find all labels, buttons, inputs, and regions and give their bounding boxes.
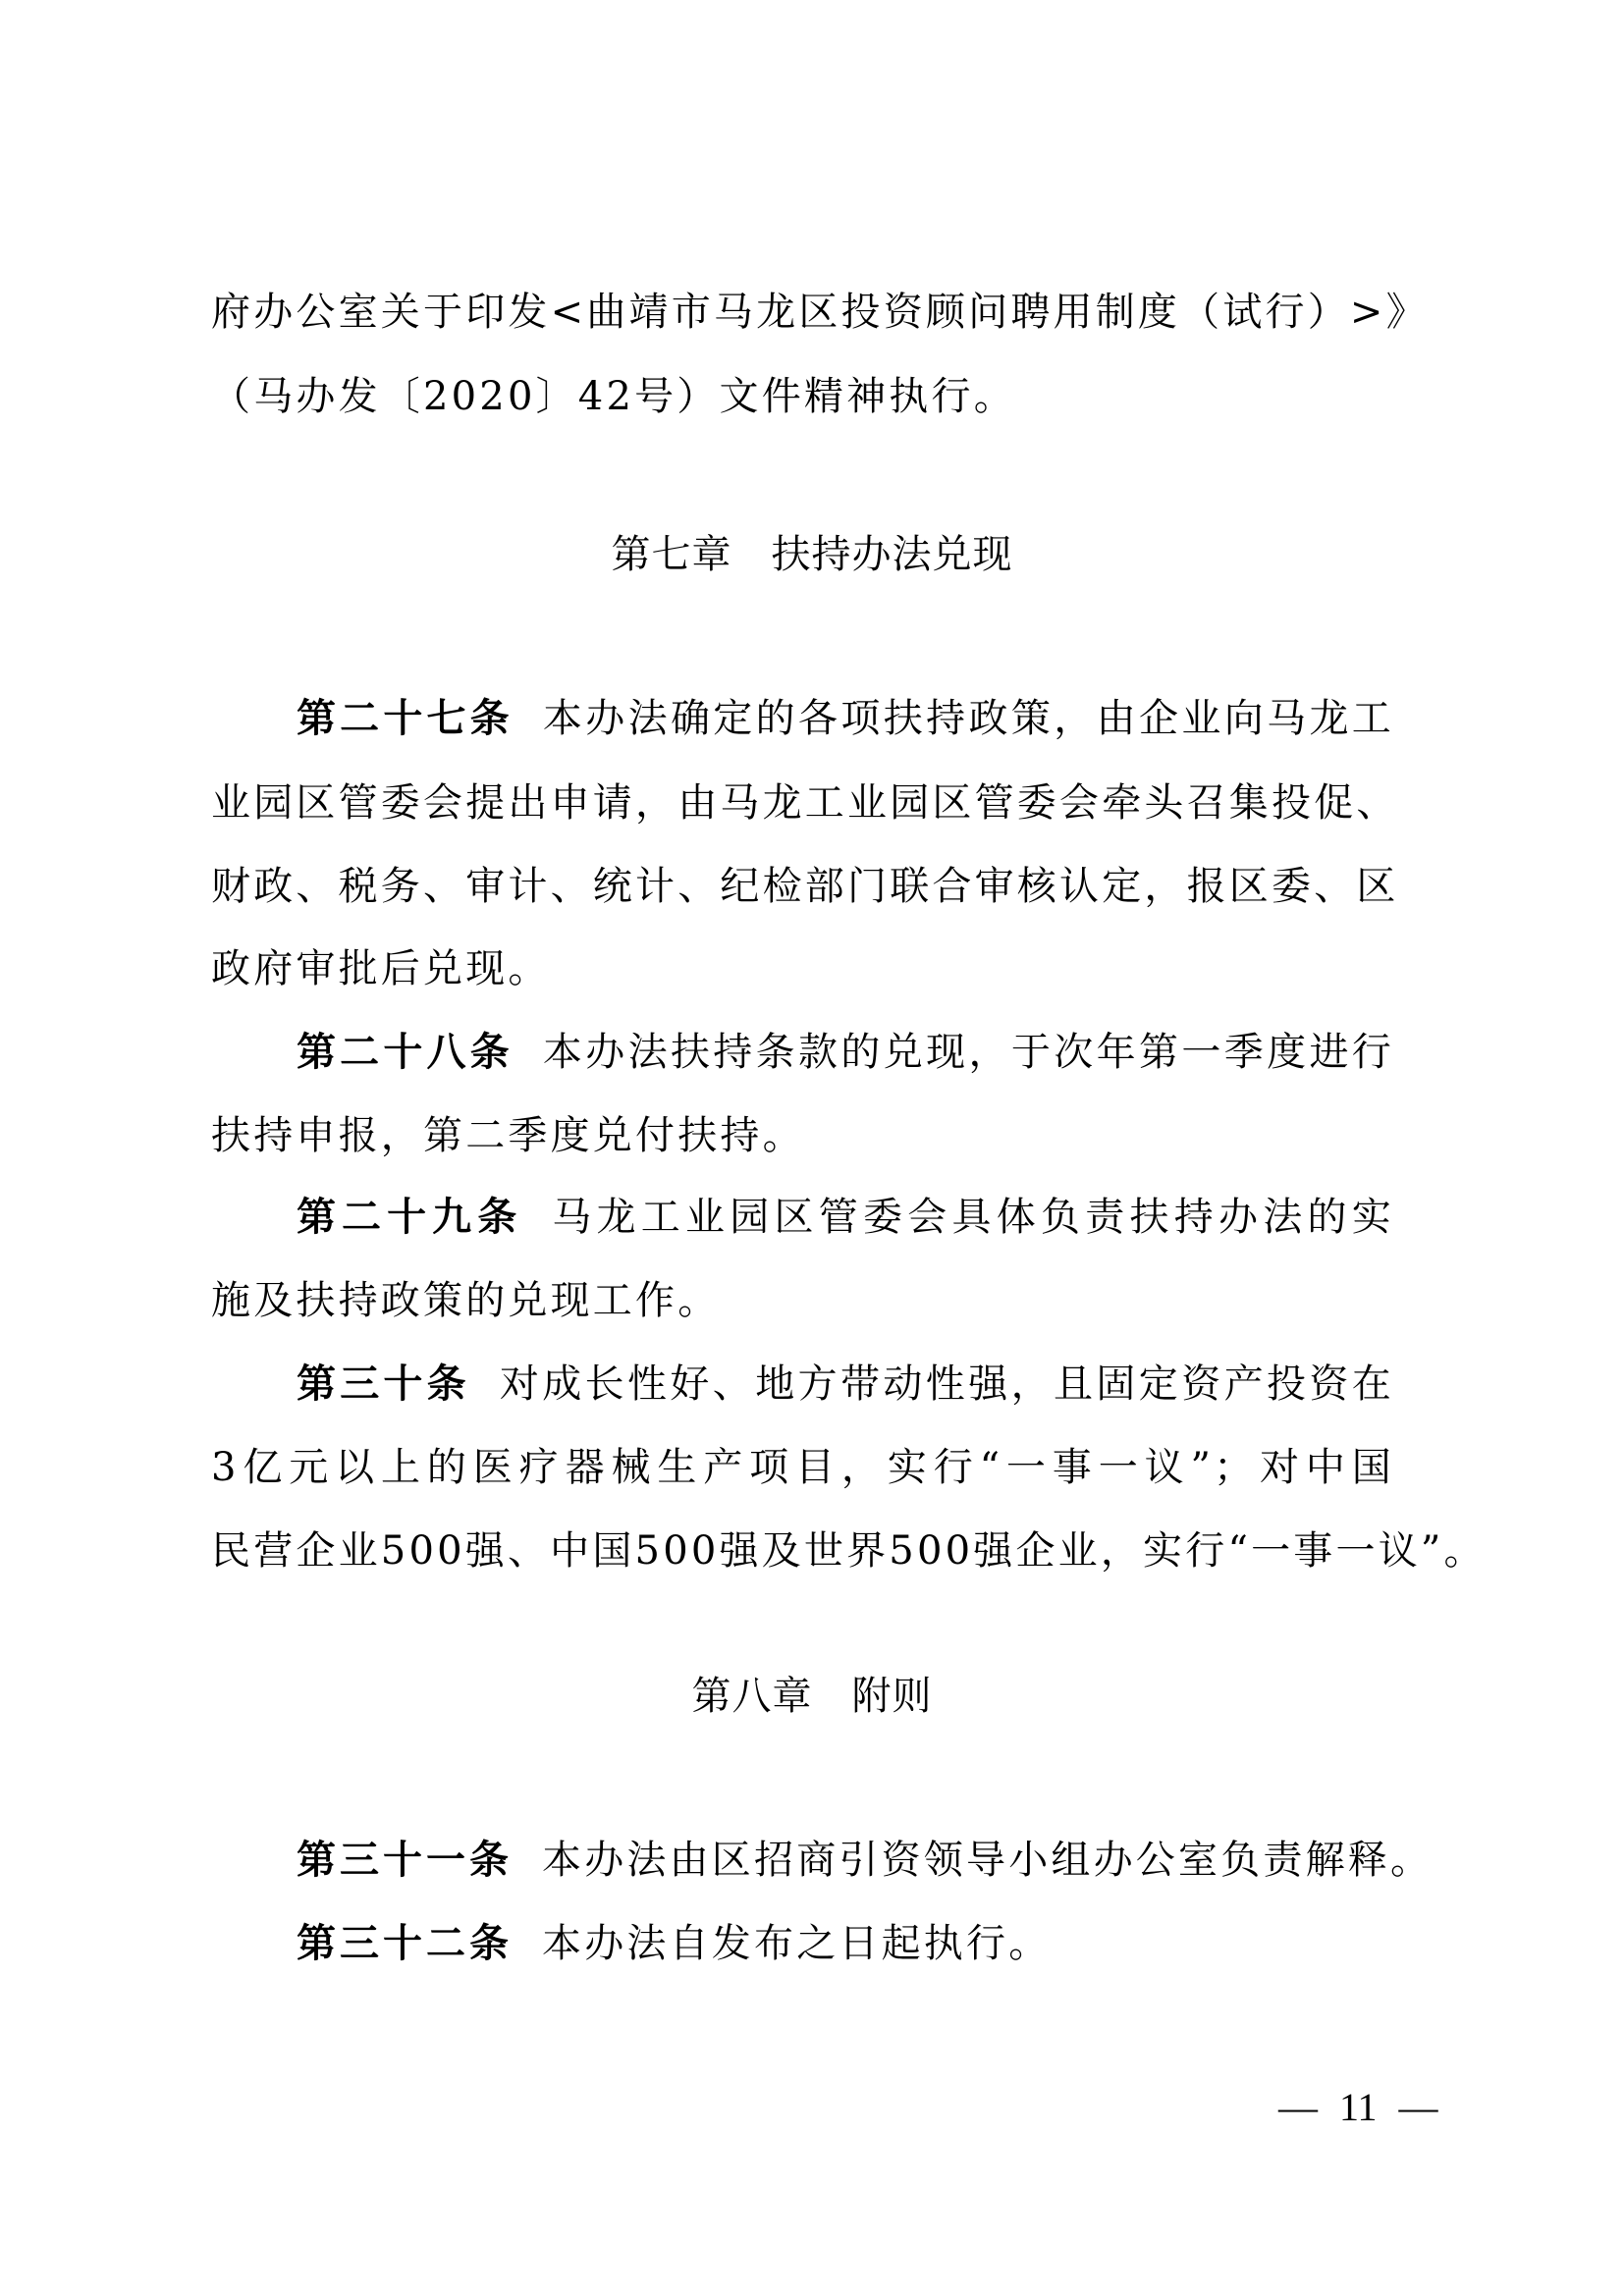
chapter-title: 附则 xyxy=(852,1674,933,1719)
article-first-line: 第二十九条马龙工业园区管委会具体负责扶持办法的实 xyxy=(297,1175,1394,1259)
page-number: —11— xyxy=(1257,2083,1460,2132)
article-text: 对成长性好、地方带动性强，且固定资产投资在 xyxy=(500,1362,1394,1407)
chapter-heading: 第八章附则 xyxy=(0,1667,1624,1726)
article-label: 第三十二条 xyxy=(297,1921,513,1966)
article-first-line: 第二十八条本办法扶持条款的兑现，于次年第一季度进行 xyxy=(297,1010,1394,1095)
article-label: 第三十一条 xyxy=(297,1838,513,1883)
article-first-line: 第三十二条本办法自发布之日起执行。 xyxy=(297,1901,1394,1986)
chapter-number: 第八章 xyxy=(692,1674,813,1719)
paragraph-line: 施及扶持政策的兑现工作。 xyxy=(211,1258,1394,1343)
paragraph-line: （马办发〔2020〕42号）文件精神执行。 xyxy=(211,354,1394,439)
article-text: 本办法确定的各项扶持政策，由企业向马龙工 xyxy=(543,696,1394,741)
paragraph-line: 3亿元以上的医疗器械生产项目，实行“一事一议”；对中国 xyxy=(211,1425,1394,1510)
chapter-heading: 第七章扶持办法兑现 xyxy=(0,525,1624,584)
dash-right: — xyxy=(1399,2085,1438,2129)
article-label: 第二十八条 xyxy=(297,1030,514,1075)
article-label: 第二十七条 xyxy=(297,696,514,741)
paragraph-line: 民营企业500强、中国500强及世界500强企业，实行“一事一议”。 xyxy=(211,1509,1394,1593)
article-text: 本办法自发布之日起执行。 xyxy=(542,1921,1051,1966)
paragraph-line: 政府审批后兑现。 xyxy=(211,927,1394,1011)
article-label: 第二十九条 xyxy=(297,1195,522,1240)
document-page: 府办公室关于印发<曲靖市马龙区投资顾问聘用制度（试行）>》 （马办发〔2020〕… xyxy=(0,0,1624,2296)
paragraph-line: 扶持申报，第二季度兑付扶持。 xyxy=(211,1094,1394,1178)
chapter-number: 第七章 xyxy=(612,532,732,577)
paragraph-line: 财政、税务、审计、统计、纪检部门联合审核认定，报区委、区 xyxy=(211,844,1394,929)
article-first-line: 第三十一条本办法由区招商引资领导小组办公室负责解释。 xyxy=(297,1818,1394,1902)
article-first-line: 第二十七条本办法确定的各项扶持政策，由企业向马龙工 xyxy=(297,676,1394,761)
page-number-value: 11 xyxy=(1339,2085,1378,2129)
paragraph-line: 业园区管委会提出申请，由马龙工业园区管委会牵头召集投促、 xyxy=(211,761,1394,845)
paragraph-line: 府办公室关于印发<曲靖市马龙区投资顾问聘用制度（试行）>》 xyxy=(211,270,1394,354)
article-text: 马龙工业园区管委会具体负责扶持办法的实 xyxy=(552,1195,1394,1240)
article-first-line: 第三十条对成长性好、地方带动性强，且固定资产投资在 xyxy=(297,1342,1394,1426)
chapter-title: 扶持办法兑现 xyxy=(772,532,1013,577)
article-text: 本办法扶持条款的兑现，于次年第一季度进行 xyxy=(543,1030,1394,1075)
dash-left: — xyxy=(1278,2085,1318,2129)
article-text: 本办法由区招商引资领导小组办公室负责解释。 xyxy=(542,1838,1433,1883)
article-label: 第三十条 xyxy=(297,1362,470,1407)
